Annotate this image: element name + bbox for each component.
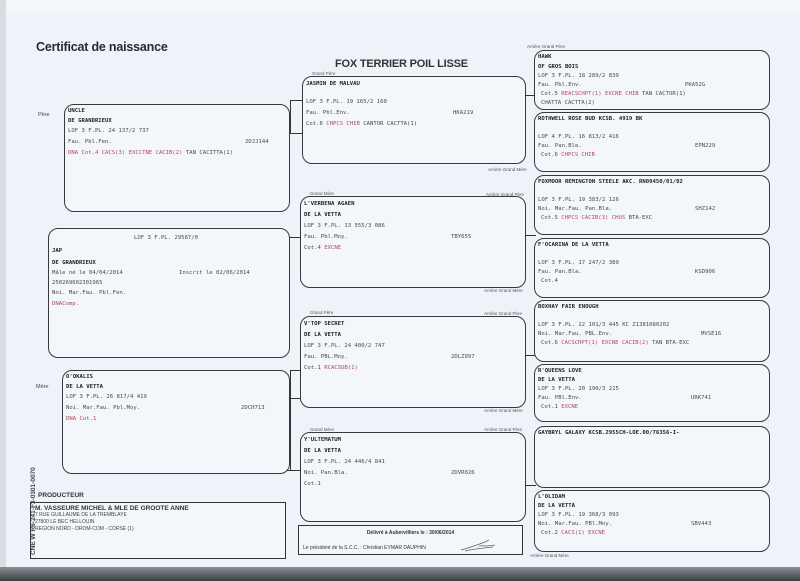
ggp-awards-red: CHPCS CHIB [561,152,595,158]
subject-name2: DE GRANDRIEUX [52,260,96,266]
ggp-label: Arrière Grand Mère [484,408,523,413]
great-grandparent-card: R'QUEENS LOVE DE LA VETTA LOF 3 F.PL. 20… [534,364,770,422]
certificate-title: Certificat de naissance [36,40,168,54]
producer-region: REGION NORD - DROM-COM - CORSE (1) [35,526,281,533]
scan-bottom-shadow [0,567,800,581]
ggp-awards-tail: BTA-EXC [625,215,652,221]
ggp-id: KSD906 [695,267,715,277]
gp-name1: V'TOP SECRET [304,321,344,327]
gp-id: 2DLZ997 [451,352,475,362]
ggp-label: Arrière Grand Mère [488,167,527,172]
subject-card: LOF 3 F.PL. 29587/0 JAP DE GRANDRIEUX Mâ… [48,228,290,358]
gp-awards-plain: Cot.6 [306,121,326,127]
ggp-label: Arrière Grand Mère [530,553,569,558]
mother-card: O'OKALIS DE LA VETTA LOF 3 F.PL. 26 817/… [62,370,290,474]
ggp-awards-red: CACSCHPT(1) EXCNE CACIB(2) [561,340,649,346]
connector [290,100,291,134]
gp-name1: JASMIN DE MALVAU [306,81,360,87]
subject-name1: JAP [52,248,62,254]
ggp-awards-plain: Cot.1 [541,404,561,410]
gp-id: 2DVR026 [451,468,475,478]
gp-lof: LOF 3 F.PL. 19 165/2 160 [306,97,387,107]
mere-label: Mère [36,384,49,390]
grandparent-card: L'VERBENA AGAEN DE LA VETTA LOF 3 F.PL. … [300,196,526,288]
gp-awards-plain: Cot.1 [304,479,321,489]
father-awards-red: CACS(3) EXCCTNE CACIB(2) [102,150,183,156]
ggp-name1: GAYBRYL GALAXY KCSB.2955CH-LOE.00/76356-… [538,430,679,436]
gp-awards-red: CHPCS CHIB [326,121,360,127]
subject-color: Noi. Mar.Fau. Pbl.Fen. [52,288,126,298]
gp-lof: LOF 3 F.PL. 13 555/3 086 [304,221,385,231]
ggp-awards-tail: TAN CACTOR(1) [639,91,686,97]
ggp-awards-red: CACS(1) EXCNE [561,530,605,536]
gp-name2: DE LA VETTA [304,212,341,218]
scan-left-edge [0,0,6,581]
great-grandparent-card: GAYBRYL GALAXY KCSB.2955CH-LOE.00/76356-… [534,426,770,488]
ggp-awards-plain: Cot.6 [541,152,561,158]
mother-id: 2DCH713 [241,403,265,413]
president-text: Le président de la S.C.C. : Christian EY… [303,545,426,551]
gp-id: TBY655 [451,232,471,242]
gp-color: Fau. PBL.Moy. [304,352,348,362]
ggp-label: Arrière Grand Père [527,44,565,49]
ggp-id: MVSE16 [701,329,721,339]
connector [526,485,536,486]
father-awards-tail: TAN CACITTA(1) [183,150,234,156]
great-grandparent-card: HAWK OF GROS BOIS LOF 3 F.PL. 18 289/2 8… [534,50,770,110]
ggp-awards-red: CHPCS CACIB(3) CHUS [561,215,625,221]
father-color: Fau. Pbl.Fen. [68,137,112,147]
ggp-name1: F'OCARINA DE LA VETTA [538,242,609,248]
ggp-awards-plain: Cot.5 [541,215,561,221]
producer-address2: 27800 LE BEC HELLOUIN [35,519,281,526]
ggp-id: SHZ142 [695,204,715,214]
mother-awards: DNA Cot.1 [66,414,96,424]
ggp-name1: L'OLIDAM [538,494,565,500]
ggp-name2: OF GROS BOIS [538,64,578,70]
ggp-name1: FOXMOOR REMINGTON STEELE AKC. RN09450/01… [538,179,683,185]
gp-color: Fau. Pbl.Moy. [304,232,348,242]
ggp-awards-red: EXCNE [561,404,578,410]
scan-top-edge [0,0,800,12]
producer-box: M. VASSEURE MICHEL & MLE DE GROOTE ANNE … [30,502,286,559]
pere-label: Père [38,112,50,118]
ggp-name1: HAWK [538,54,551,60]
ggp-awards-tail: TAN BTA-EXC [649,340,689,346]
ggp-id: EPN229 [695,141,715,151]
delivered-text: Délivré à Aubervilliers le : 30/06/2014 [299,530,522,536]
gp-color: Noi. Pan.Bla. [304,468,348,478]
grandparent-card: V'TOP SECRET DE LA VETTA LOF 3 F.PL. 24 … [300,316,526,408]
mother-name2: DE LA VETTA [66,384,103,390]
subject-chip: 250269602301965 [52,278,103,288]
ggp-awards-plain: Cot.4 [541,276,558,286]
great-grandparent-card: F'OCARINA DE LA VETTA LOF 3 F.PL. 17 247… [534,238,770,298]
gp-name1: Y'ULTEMATUM [304,437,341,443]
ggp-name1: ROTHWELL ROSE BUD KCSB. 4919 BK [538,116,642,122]
gp-awards-plain: Cot.1 [304,365,324,371]
connector [290,370,291,470]
great-grandparent-card: BOXHAY FAIR ENOUGH LOF 3 F.PL. 22 101/3 … [534,300,770,362]
mother-lof: LOF 3 F.PL. 26 817/4 419 [66,392,147,402]
ggp-awards-line2: CHATTA CACTTA(2) [541,98,595,108]
vertical-reference: CNE W R6-241-F3-0301-0070 [30,467,37,555]
father-id: 2DJJ144 [245,137,269,147]
signature-mark-icon [459,539,499,553]
gp-lof: LOF 3 F.PL. 24 400/2 747 [304,341,385,351]
gp-lof: LOF 3 F.PL. 24 446/4 841 [304,457,385,467]
gp-name2: DE LA VETTA [304,448,341,454]
breed-title: FOX TERRIER POIL LISSE [335,58,468,70]
connector [526,235,536,236]
producer-address1: 7 RUE GUILLAUME DE LA TREMBLAYE [35,512,281,519]
ggp-label: Arrière Grand Mère [484,288,523,293]
ggp-id: URK741 [691,393,711,403]
gp-label: Grand Père [310,310,333,315]
ggp-name2: DE LA VETTA [538,377,575,383]
mother-color: Noi. Mar.Fau. Pbl.Moy. [66,403,140,413]
gp-awards-red: RCACSUB(1) [324,365,358,371]
ggp-awards-red: REACSCHPT(1) EXCNE CHIB [561,91,638,97]
producer-name: M. VASSEURE MICHEL & MLE DE GROOTE ANNE [35,505,281,512]
mother-name1: O'OKALIS [66,374,93,380]
subject-registered: Inscrit le 02/06/2014 [179,268,250,278]
grandparent-card: JASMIN DE MALVAU LOF 3 F.PL. 19 165/2 16… [302,76,526,164]
great-grandparent-card: FOXMOOR REMINGTON STEELE AKC. RN09450/01… [534,175,770,235]
gp-name1: L'VERBENA AGAEN [304,201,355,207]
gp-awards-red: EXCNE [324,245,341,251]
subject-lof: LOF 3 F.PL. 29587/0 [134,233,198,243]
gp-awards-tail: CANTOR CACTTA(1) [360,121,417,127]
great-grandparent-card: L'OLIDAM DE LA VETTA LOF 3 F.PL. 19 368/… [534,490,770,552]
father-card: UNCLE DE GRANDRIEUX LOF 3 F.PL. 24 137/2… [64,104,290,212]
gp-id: HKA219 [453,108,473,118]
great-grandparent-card: ROTHWELL ROSE BUD KCSB. 4919 BK LOF 4 F.… [534,112,770,172]
subject-birth: Mâle né le 04/04/2014 [52,268,123,278]
ggp-name1: BOXHAY FAIR ENOUGH [538,304,599,310]
ggp-id: PKA52G [685,80,705,90]
father-lof: LOF 3 F.PL. 24 137/2 737 [68,126,149,136]
subject-dna: DNAComp. [52,299,79,309]
producer-label: PRODUCTEUR [38,492,84,499]
ggp-awards-plain: Cot.5 [541,91,561,97]
ggp-id: SBV443 [691,519,711,529]
ggp-awards-plain: Cot.2 [541,530,561,536]
gp-color: Fau. Pbl.Env. [306,108,350,118]
father-name2: DE GRANDRIEUX [68,118,112,124]
father-name1: UNCLE [68,108,85,114]
ggp-name2: DE LA VETTA [538,503,575,509]
ggp-name1: R'QUEENS LOVE [538,368,582,374]
signature-box: Délivré à Aubervilliers le : 30/06/2014 … [298,525,523,555]
gp-awards-plain: Cot.4 [304,245,324,251]
grandparent-card: Y'ULTEMATUM DE LA VETTA LOF 3 F.PL. 24 4… [300,432,526,522]
father-awards-plain: DNA Cot.4 [68,150,102,156]
ggp-awards-plain: Cot.6 [541,340,561,346]
connector [290,100,302,101]
gp-name2: DE LA VETTA [304,332,341,338]
